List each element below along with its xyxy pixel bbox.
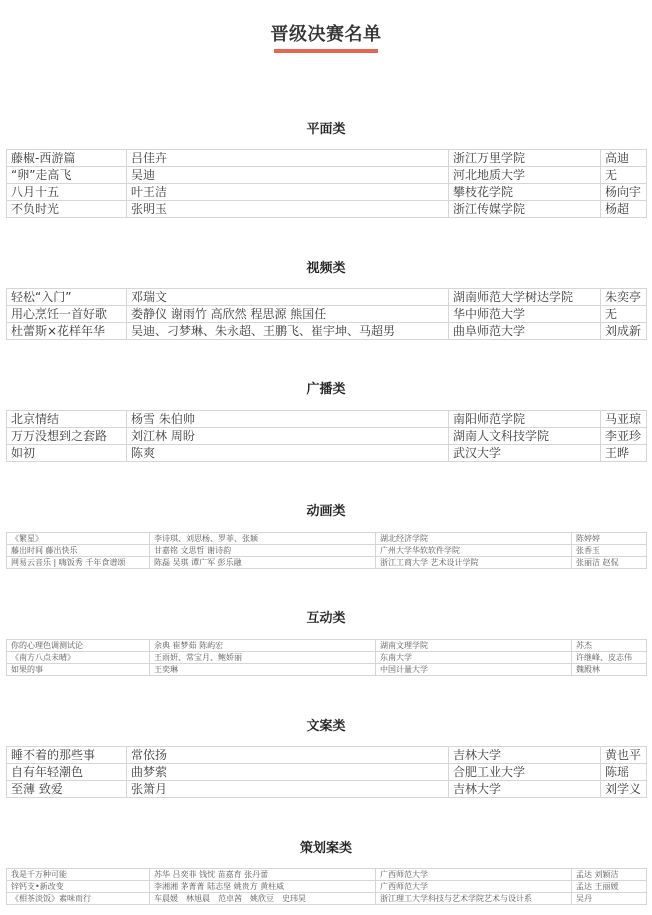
school: 湖北经济学院: [376, 533, 572, 545]
advisor: 王晔: [601, 445, 647, 462]
work-title: “卵”走高飞: [7, 167, 127, 184]
authors: 常依扬: [127, 747, 449, 764]
authors: 车晨媛 林旭晨 范卓茜 姚欣豆 史玮昊: [150, 893, 376, 905]
work-title: 睡不着的那些事: [7, 747, 127, 764]
table-row: 不负时光 张明玉 浙江传媒学院 杨超: [7, 201, 647, 218]
authors: 叶王洁: [127, 184, 449, 201]
work-title: 万万没想到之套路: [7, 428, 127, 445]
work-title: 《相茶淡饭》素味而行: [7, 893, 150, 905]
school: 湖南人文科技学院: [449, 428, 601, 445]
advisor: 孟达 王丽媛: [572, 881, 647, 893]
work-title: 网易云音乐 | 嗨饭秀 千年食谱颂: [7, 557, 150, 569]
authors: 吴迪: [127, 167, 449, 184]
table-row: 杜蕾斯×花样年华 吴迪、刁梦琳、朱永超、王鹏飞、崔宇坤、马超男 曲阜师范大学 刘…: [7, 323, 647, 340]
advisor: 魏殿林: [572, 664, 647, 676]
school: 湖南师范大学树达学院: [449, 289, 601, 306]
work-title: 我是千万种可能: [7, 869, 150, 881]
table-row: 轻松“入门” 邓瑞文 湖南师范大学树达学院 朱奕亭: [7, 289, 647, 306]
authors: 邓瑞文: [127, 289, 449, 306]
table-interactive: 你的心理色调测试论 余典 崔梦茹 陈屿宏 湖南文理学院 苏杰 《南方八点未晴》 …: [6, 639, 647, 676]
work-title: 你的心理色调测试论: [7, 640, 150, 652]
section-heading-graphic: 平面类: [0, 118, 652, 137]
authors: 吴迪、刁梦琳、朱永超、王鹏飞、崔宇坤、马超男: [127, 323, 449, 340]
authors: 陈爽: [127, 445, 449, 462]
table-row: 网易云音乐 | 嗨饭秀 千年食谱颂 陈磊 吴琪 谭广军 彭乐融 浙江工商大学 艺…: [7, 557, 647, 569]
work-title: 八月十五: [7, 184, 127, 201]
school: 武汉大学: [449, 445, 601, 462]
section-heading-copywriting: 文案类: [0, 715, 652, 734]
advisor: 高迪: [601, 150, 647, 167]
table-row: 《南方八点未晴》 王雨妍、常宝月、鲍娇丽 东南大学 许继峰、皮志伟: [7, 652, 647, 664]
work-title: 《繁星》: [7, 533, 150, 545]
advisor: 张丽洁 赵侃: [572, 557, 647, 569]
section-heading-radio: 广播类: [0, 378, 652, 397]
school: 吉林大学: [449, 747, 601, 764]
school: 曲阜师范大学: [449, 323, 601, 340]
work-title: 自有年轻潮色: [7, 764, 127, 781]
table-row: 北京情结 杨雪 朱伯帅 南阳师范学院 马亚琼: [7, 411, 647, 428]
advisor: 孟达 刘颖洁: [572, 869, 647, 881]
page-title: 晋级决赛名单: [0, 20, 652, 46]
section-heading-video: 视频类: [0, 257, 652, 276]
advisor: 杨向宇: [601, 184, 647, 201]
table-row: 《相茶淡饭》素味而行 车晨媛 林旭晨 范卓茜 姚欣豆 史玮昊 浙江理工大学科技与…: [7, 893, 647, 905]
authors: 张明玉: [127, 201, 449, 218]
advisor: 张香玉: [572, 545, 647, 557]
section-heading-animation: 动画类: [0, 500, 652, 519]
table-row: 八月十五 叶王洁 攀枝花学院 杨向宇: [7, 184, 647, 201]
authors: 娄静仪 谢雨竹 高欣然 程思源 熊国任: [127, 306, 449, 323]
table-row: 万万没想到之套路 刘江林 周盼 湖南人文科技学院 李亚珍: [7, 428, 647, 445]
table-graphic: 藤椒-西游篇 吕佳卉 浙江万里学院 高迪 “卵”走高飞 吴迪 河北地质大学 无 …: [6, 149, 647, 218]
table-video: 轻松“入门” 邓瑞文 湖南师范大学树达学院 朱奕亭 用心烹饪一首好歌 娄静仪 谢…: [6, 288, 647, 340]
advisor: 无: [601, 306, 647, 323]
authors: 吕佳卉: [127, 150, 449, 167]
advisor: 刘成新: [601, 323, 647, 340]
school: 湖南文理学院: [376, 640, 572, 652]
school: 南阳师范学院: [449, 411, 601, 428]
authors: 苏华 吕奕菲 钱忱 苗嘉育 张丹蕾: [150, 869, 376, 881]
work-title: 至薄 致爱: [7, 781, 127, 798]
advisor: 无: [601, 167, 647, 184]
table-row: 你的心理色调测试论 余典 崔梦茹 陈屿宏 湖南文理学院 苏杰: [7, 640, 647, 652]
authors: 李诗琪、刘思杨、罗菲、张颖: [150, 533, 376, 545]
work-title: 藤出时间 藤出快乐: [7, 545, 150, 557]
advisor: 吴丹: [572, 893, 647, 905]
school: 东南大学: [376, 652, 572, 664]
section-heading-planning: 策划案类: [0, 837, 652, 856]
table-row: 如初 陈爽 武汉大学 王晔: [7, 445, 647, 462]
title-underline: [274, 49, 378, 53]
work-title: 轻松“入门”: [7, 289, 127, 306]
school: 吉林大学: [449, 781, 601, 798]
school: 华中师范大学: [449, 306, 601, 323]
school: 广西师范大学: [376, 869, 572, 881]
advisor: 苏杰: [572, 640, 647, 652]
advisor: 陈婷婷: [572, 533, 647, 545]
table-row: 自有年轻潮色 曲梦萦 合肥工业大学 陈瑶: [7, 764, 647, 781]
work-title: 藤椒-西游篇: [7, 150, 127, 167]
work-title: 如初: [7, 445, 127, 462]
authors: 王奕琳: [150, 664, 376, 676]
advisor: 许继峰、皮志伟: [572, 652, 647, 664]
school: 中国计量大学: [376, 664, 572, 676]
advisor: 马亚琼: [601, 411, 647, 428]
school: 合肥工业大学: [449, 764, 601, 781]
table-row: 用心烹饪一首好歌 娄静仪 谢雨竹 高欣然 程思源 熊国任 华中师范大学 无: [7, 306, 647, 323]
table-row: 锌钙支•新改变 李湘湘 茅菁菁 陆志坚 姚贵方 黄柱威 广西师范大学 孟达 王丽…: [7, 881, 647, 893]
table-copywriting: 睡不着的那些事 常依扬 吉林大学 黄也平 自有年轻潮色 曲梦萦 合肥工业大学 陈…: [6, 746, 647, 798]
authors: 王雨妍、常宝月、鲍娇丽: [150, 652, 376, 664]
school: 浙江万里学院: [449, 150, 601, 167]
authors: 甘嘉铭 文思哲 谢诗韵: [150, 545, 376, 557]
table-row: 至薄 致爱 张箫月 吉林大学 刘学义: [7, 781, 647, 798]
authors: 曲梦萦: [127, 764, 449, 781]
advisor: 朱奕亭: [601, 289, 647, 306]
table-animation: 《繁星》 李诗琪、刘思杨、罗菲、张颖 湖北经济学院 陈婷婷 藤出时间 藤出快乐 …: [6, 532, 647, 569]
work-title: 如果的事: [7, 664, 150, 676]
advisor: 李亚珍: [601, 428, 647, 445]
advisor: 黄也平: [601, 747, 647, 764]
table-row: 我是千万种可能 苏华 吕奕菲 钱忱 苗嘉育 张丹蕾 广西师范大学 孟达 刘颖洁: [7, 869, 647, 881]
table-row: 《繁星》 李诗琪、刘思杨、罗菲、张颖 湖北经济学院 陈婷婷: [7, 533, 647, 545]
authors: 李湘湘 茅菁菁 陆志坚 姚贵方 黄柱威: [150, 881, 376, 893]
table-row: 睡不着的那些事 常依扬 吉林大学 黄也平: [7, 747, 647, 764]
school: 攀枝花学院: [449, 184, 601, 201]
authors: 张箫月: [127, 781, 449, 798]
school: 河北地质大学: [449, 167, 601, 184]
advisor: 陈瑶: [601, 764, 647, 781]
work-title: 《南方八点未晴》: [7, 652, 150, 664]
advisor: 刘学义: [601, 781, 647, 798]
authors: 陈磊 吴琪 谭广军 彭乐融: [150, 557, 376, 569]
table-row: 藤椒-西游篇 吕佳卉 浙江万里学院 高迪: [7, 150, 647, 167]
advisor: 杨超: [601, 201, 647, 218]
work-title: 锌钙支•新改变: [7, 881, 150, 893]
table-planning: 我是千万种可能 苏华 吕奕菲 钱忱 苗嘉育 张丹蕾 广西师范大学 孟达 刘颖洁 …: [6, 868, 647, 905]
school: 浙江理工大学科技与艺术学院艺术与设计系: [376, 893, 572, 905]
authors: 杨雪 朱伯帅: [127, 411, 449, 428]
work-title: 杜蕾斯×花样年华: [7, 323, 127, 340]
table-row: “卵”走高飞 吴迪 河北地质大学 无: [7, 167, 647, 184]
table-radio: 北京情结 杨雪 朱伯帅 南阳师范学院 马亚琼 万万没想到之套路 刘江林 周盼 湖…: [6, 410, 647, 462]
school: 广西师范大学: [376, 881, 572, 893]
school: 广州大学华软软件学院: [376, 545, 572, 557]
school: 浙江工商大学 艺术设计学院: [376, 557, 572, 569]
work-title: 北京情结: [7, 411, 127, 428]
table-row: 如果的事 王奕琳 中国计量大学 魏殿林: [7, 664, 647, 676]
work-title: 用心烹饪一首好歌: [7, 306, 127, 323]
authors: 余典 崔梦茹 陈屿宏: [150, 640, 376, 652]
table-row: 藤出时间 藤出快乐 甘嘉铭 文思哲 谢诗韵 广州大学华软软件学院 张香玉: [7, 545, 647, 557]
section-heading-interactive: 互动类: [0, 607, 652, 626]
school: 浙江传媒学院: [449, 201, 601, 218]
authors: 刘江林 周盼: [127, 428, 449, 445]
work-title: 不负时光: [7, 201, 127, 218]
